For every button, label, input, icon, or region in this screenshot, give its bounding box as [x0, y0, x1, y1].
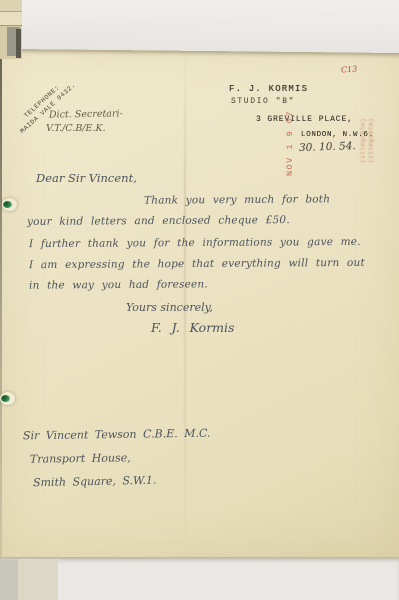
pencil-note-line1: Dict. Secretari- [49, 108, 123, 120]
salutation: Dear Sir Vincent, [36, 171, 137, 185]
punch-hole-green-tag [2, 198, 17, 211]
bottom-left-patch [0, 560, 18, 600]
closing: Yours sincerely, [126, 301, 213, 314]
recipient-line3: Smith Square, S.W.1. [33, 474, 157, 490]
signature: F. J. Kormis [151, 320, 234, 335]
page-edge-strip [0, 11, 22, 26]
received-date-stamp: NOV 1 9 07 [285, 102, 297, 184]
page-edge-strip [0, 0, 22, 11]
body-line: I further thank you for the informations… [29, 236, 361, 250]
body-line: I am expressing the hope that everything… [29, 257, 365, 271]
stacked-page-edges [0, 0, 22, 58]
side-stamp-illegible: (illegible) (illegible) [360, 93, 377, 189]
punch-hole-green-tag [0, 392, 15, 405]
handwritten-date: 30. 10. 54. [299, 140, 356, 154]
page-edge-dark-line [16, 29, 21, 58]
side-stamp-text: (illegible) [367, 93, 375, 189]
side-stamp-text: (illegible) [360, 93, 368, 189]
scan-root: F. J. KORMIS STUDIO "B" 3 GREVILLE PLACE… [0, 0, 399, 600]
pencil-note-line2: V.T./C.B/E.K. [46, 123, 106, 134]
bottom-left-patch [18, 559, 58, 600]
letter-left-edge-shadow [0, 44, 2, 558]
background-sheet-bottom [0, 557, 399, 600]
recipient-line1: Sir Vincent Tewson C.B.E. M.C. [23, 427, 211, 443]
body-line: your kind letters and enclosed cheque £5… [27, 214, 290, 228]
letterhead-address-line1: 3 GREVILLE PLACE, [256, 115, 353, 124]
letterhead-sender-name: F. J. KORMIS [229, 84, 308, 94]
red-reference-code: C13 [341, 64, 358, 74]
background-sheet-top [14, 0, 399, 53]
recipient-line2: Transport House, [30, 451, 131, 465]
body-line: in the way you had foreseen. [29, 278, 208, 291]
body-line: Thank you very much for both [144, 193, 330, 206]
